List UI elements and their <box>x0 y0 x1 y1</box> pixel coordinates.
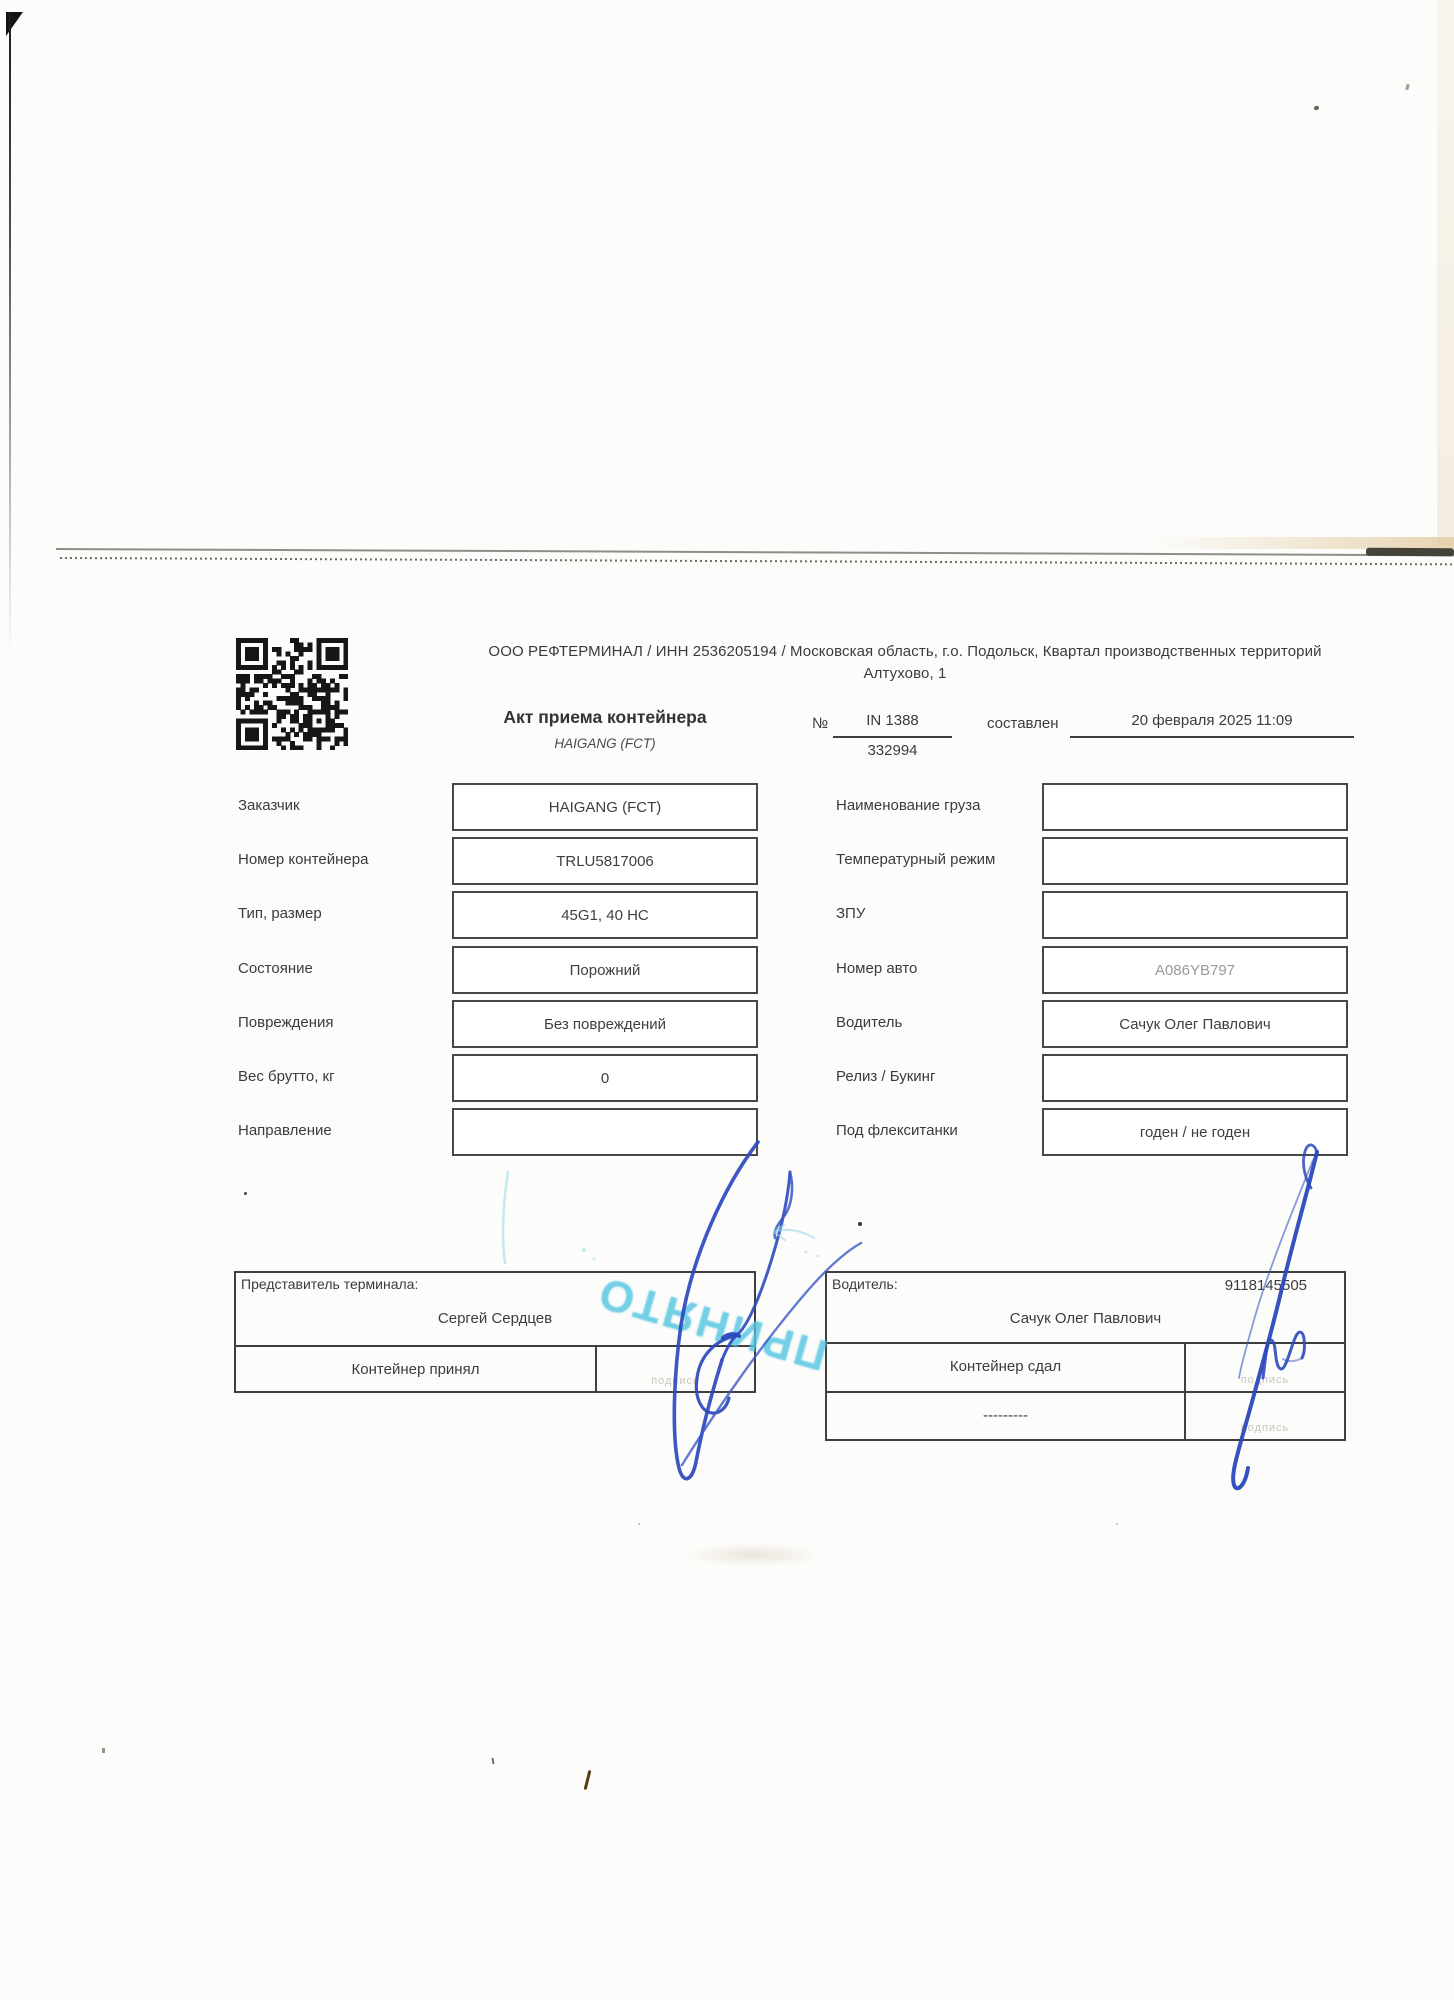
field-damages-label: Повреждения <box>238 1014 334 1031</box>
scan-speck <box>1405 84 1409 91</box>
composed-date: 20 февраля 2025 11:09 <box>1070 712 1354 738</box>
field-type-size-label: Тип, размер <box>238 905 322 922</box>
field-seal-value <box>1042 891 1348 939</box>
scan-speck <box>638 1523 640 1525</box>
container-accepted-label: Контейнер принял <box>236 1361 595 1378</box>
field-release-booking-label: Релиз / Букинг <box>836 1068 935 1085</box>
dashes-cell: --------- <box>827 1407 1184 1424</box>
scan-speck <box>1116 1523 1118 1525</box>
document-title: Акт приема контейнера <box>452 707 758 728</box>
driver-phone: 9118145505 <box>1225 1277 1307 1294</box>
driver-name: Сачук Олег Павлович <box>827 1310 1344 1327</box>
field-damages-value: Без повреждений <box>452 1000 758 1048</box>
field-temperature-mode-value <box>1042 837 1348 885</box>
terminal-block-divider <box>236 1345 754 1347</box>
composed-label: составлен <box>987 715 1059 732</box>
field-condition-label: Состояние <box>238 960 313 977</box>
terminal-block-header: Представитель терминала: <box>241 1276 418 1292</box>
field-driver-label: Водитель <box>836 1014 902 1031</box>
field-customer-label: Заказчик <box>238 797 300 814</box>
field-temperature-mode-label: Температурный режим <box>836 851 995 868</box>
field-direction-label: Направление <box>238 1122 332 1139</box>
driver-block-divider-1 <box>827 1342 1344 1344</box>
header-org-line: ООО РЕФТЕРМИНАЛ / ИНН 2536205194 / Моско… <box>360 643 1450 660</box>
header-address-line: Алтухово, 1 <box>360 665 1450 682</box>
scan-speck <box>491 1758 494 1764</box>
scan-seam-blob <box>1366 548 1454 556</box>
driver-signature-placeholder-2: подпись <box>1186 1422 1344 1434</box>
field-container-number-label: Номер контейнера <box>238 851 368 868</box>
driver-block-divider-2 <box>827 1391 1344 1393</box>
document-number-label: № <box>812 715 828 732</box>
field-container-number-value: TRLU5817006 <box>452 837 758 885</box>
scan-speck <box>1313 105 1319 110</box>
field-cargo-name-label: Наименование груза <box>836 797 981 814</box>
field-gross-weight-value: 0 <box>452 1054 758 1102</box>
scan-seam-dotted-line <box>60 557 1454 565</box>
field-direction-value <box>452 1108 758 1156</box>
scan-pen-mark <box>584 1770 592 1790</box>
scan-speck <box>858 1222 862 1226</box>
driver-block-header: Водитель: <box>832 1276 898 1292</box>
terminal-signature-placeholder: подпись <box>597 1375 754 1387</box>
scan-speck <box>244 1192 247 1195</box>
document-number-secondary: 332994 <box>833 742 952 759</box>
document-subtitle: HAIGANG (FCT) <box>452 736 758 751</box>
field-release-booking-value <box>1042 1054 1348 1102</box>
scan-edge-shading <box>1437 0 1454 545</box>
field-truck-number-label: Номер авто <box>836 960 917 977</box>
container-handed-over-label: Контейнер сдал <box>827 1358 1184 1375</box>
field-seal-label: ЗПУ <box>836 905 865 922</box>
field-flexitank-value: годен / не годен <box>1042 1108 1348 1156</box>
scan-edge-line <box>9 12 11 652</box>
field-condition-value: Порожний <box>452 946 758 994</box>
driver-block: Водитель: 9118145505 Сачук Олег Павлович… <box>825 1271 1346 1441</box>
field-cargo-name-value <box>1042 783 1348 831</box>
qr-code <box>236 638 348 750</box>
scan-smudge <box>683 1544 823 1566</box>
stamp-smears <box>503 1172 820 1263</box>
scan-seam-line <box>56 548 1454 556</box>
field-driver-value: Сачук Олег Павлович <box>1042 1000 1348 1048</box>
field-customer-value: HAIGANG (FCT) <box>452 783 758 831</box>
field-type-size-value: 45G1, 40 HC <box>452 891 758 939</box>
driver-signature-placeholder-1: подпись <box>1186 1374 1344 1386</box>
scanned-document-page: ООО РЕФТЕРМИНАЛ / ИНН 2536205194 / Моско… <box>0 0 1454 2000</box>
field-gross-weight-label: Вес брутто, кг <box>238 1068 335 1085</box>
field-flexitank-label: Под флекситанки <box>836 1122 958 1139</box>
scan-speck <box>102 1748 105 1753</box>
document-number: IN 1388 <box>833 712 952 738</box>
field-truck-number-value: A086YB797 <box>1042 946 1348 994</box>
